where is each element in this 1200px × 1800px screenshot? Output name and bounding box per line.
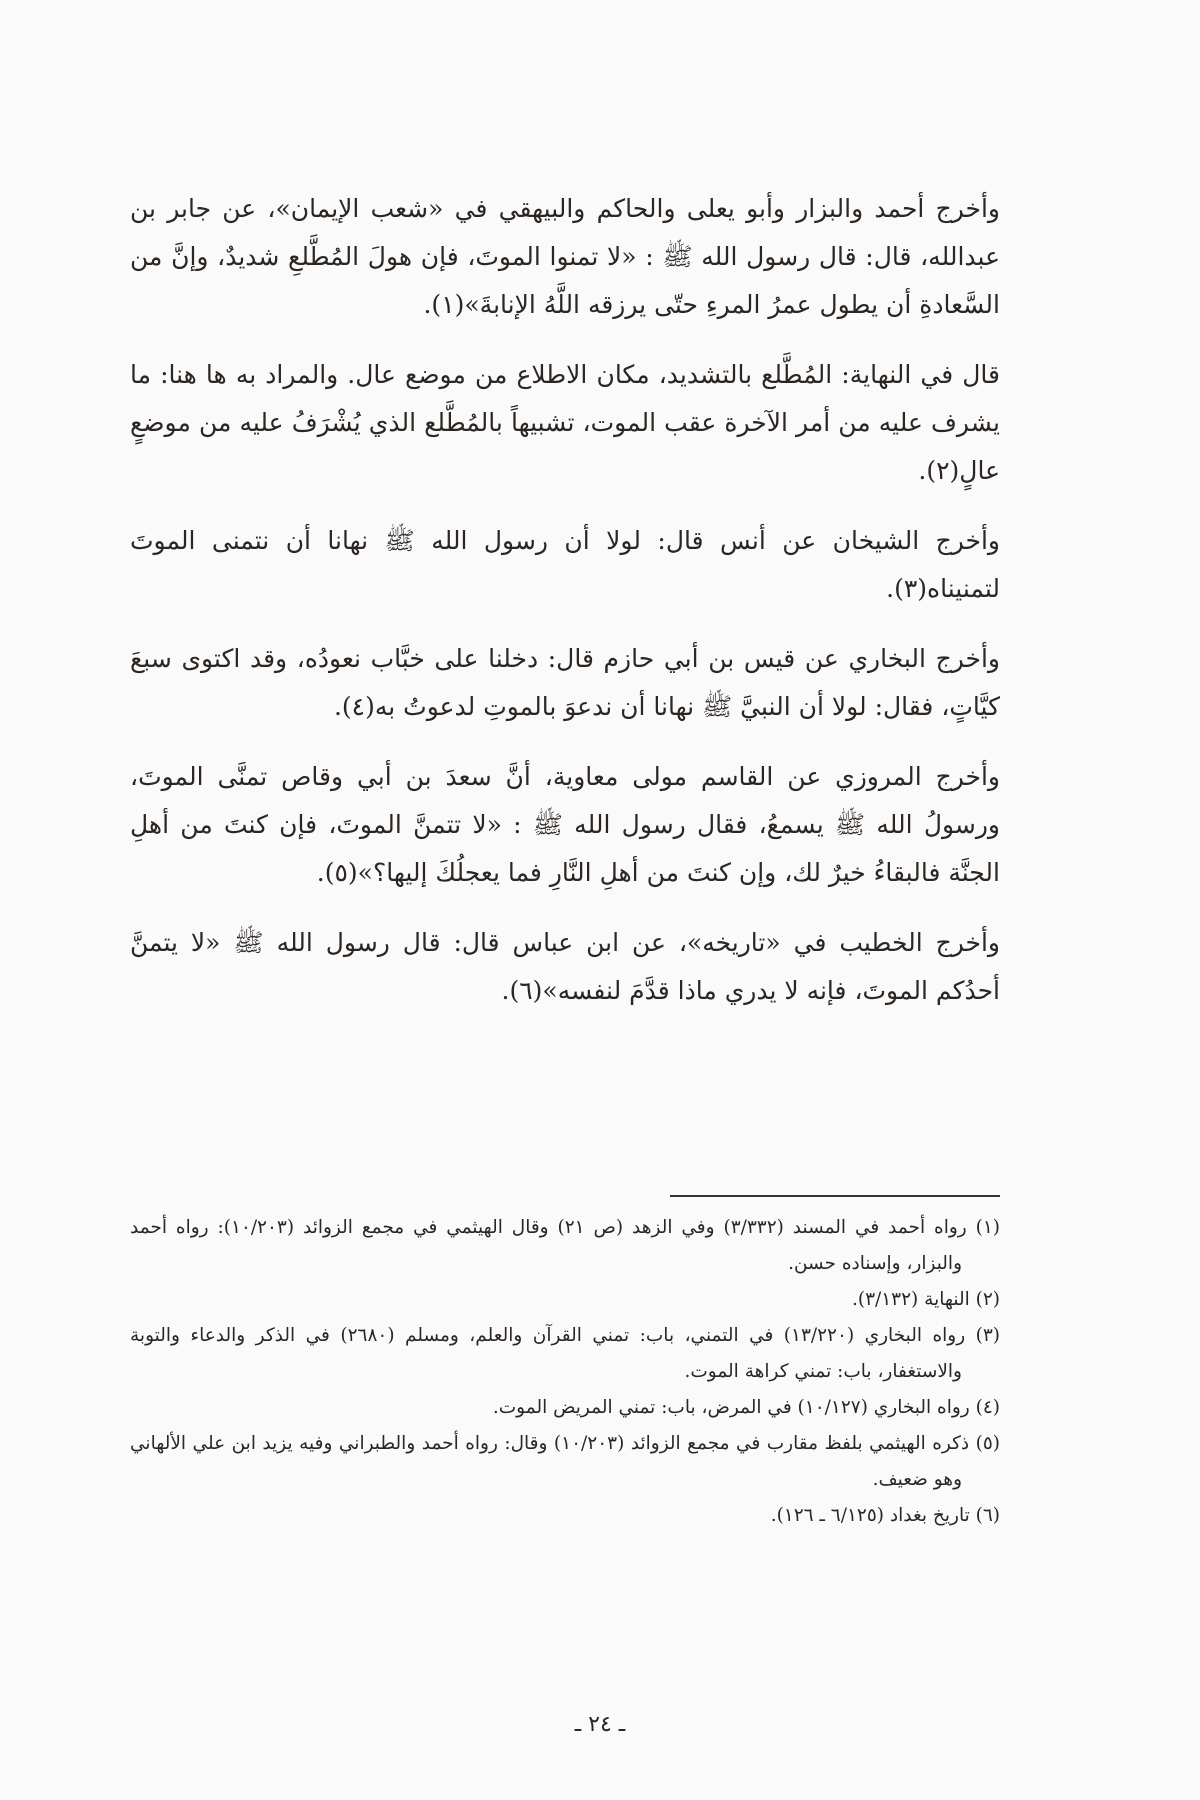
paragraph-3: وأخرج الشيخان عن أنس قال: لولا أن رسول ا… (130, 517, 1000, 613)
footnote-3: (٣) رواه البخاري (١٣/٢٢٠) في التمني، باب… (130, 1318, 1000, 1390)
footnote-1: (١) رواه أحمد في المسند (٣/٣٣٢) وفي الزه… (130, 1210, 1000, 1282)
footnotes: (١) رواه أحمد في المسند (٣/٣٣٢) وفي الزه… (130, 1210, 1000, 1534)
page-number: ـ ٢٤ ـ (0, 1712, 1200, 1737)
footnote-5: (٥) ذكره الهيثمي بلفظ مقارب في مجمع الزو… (130, 1426, 1000, 1498)
paragraph-1: وأخرج أحمد والبزار وأبو يعلى والحاكم وال… (130, 185, 1000, 329)
paragraph-6: وأخرج الخطيب في «تاريخه»، عن ابن عباس قا… (130, 919, 1000, 1015)
paragraph-4: وأخرج البخاري عن قيس بن أبي حازم قال: دخ… (130, 635, 1000, 731)
paragraph-5: وأخرج المروزي عن القاسم مولى معاوية، أنَ… (130, 753, 1000, 897)
footnote-divider (670, 1195, 1000, 1197)
footnote-2: (٢) النهاية (٣/١٣٢). (130, 1282, 1000, 1318)
book-page: وأخرج أحمد والبزار وأبو يعلى والحاكم وال… (0, 0, 1200, 1800)
footnote-6: (٦) تاريخ بغداد (٦/١٢٥ ـ ١٢٦). (130, 1498, 1000, 1534)
footnote-4: (٤) رواه البخاري (١٠/١٢٧) في المرض، باب:… (130, 1390, 1000, 1426)
main-text: وأخرج أحمد والبزار وأبو يعلى والحاكم وال… (130, 185, 1000, 1037)
paragraph-2: قال في النهاية: المُطَّلع بالتشديد، مكان… (130, 351, 1000, 495)
